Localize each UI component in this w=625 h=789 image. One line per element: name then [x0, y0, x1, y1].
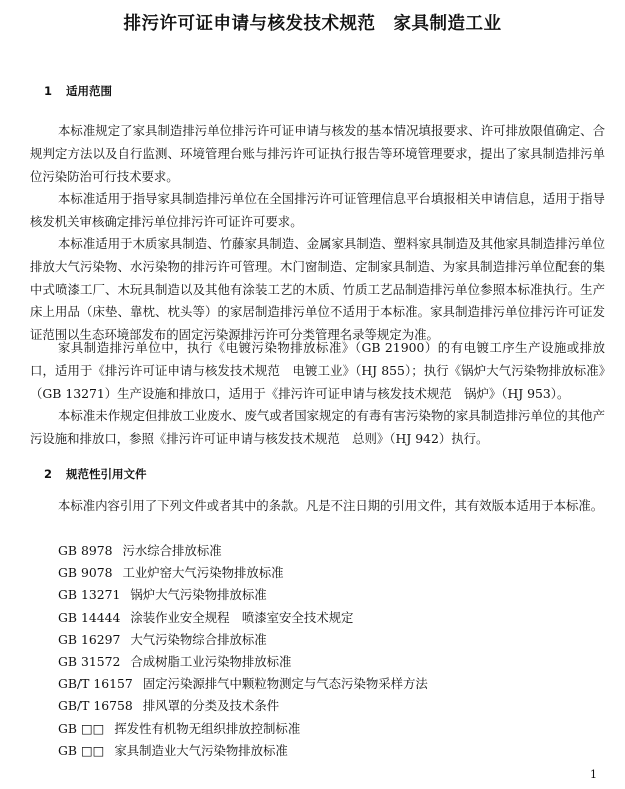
- reference-name: 合成树脂工业污染物排放标准: [130, 654, 291, 669]
- reference-name: 工业炉窑大气污染物排放标准: [122, 565, 283, 580]
- reference-item: GB □□家具制造业大气污染物排放标准: [58, 740, 428, 762]
- section-title: 适用范围: [66, 84, 112, 98]
- reference-item: GB 9078工业炉窑大气污染物排放标准: [58, 562, 428, 584]
- section-number: 1: [44, 84, 66, 98]
- document-title: 排污许可证申请与核发技术规范家具制造工业: [0, 10, 625, 35]
- reference-code: GB 8978: [58, 540, 112, 562]
- reference-code: GB/T 16157: [58, 673, 133, 695]
- reference-code: GB □□: [58, 740, 104, 762]
- reference-code: GB 9078: [58, 562, 112, 584]
- section-title: 规范性引用文件: [66, 467, 147, 481]
- reference-item: GB 14444涂装作业安全规程 喷漆室安全技术规定: [58, 607, 428, 629]
- title-sub: 家具制造工业: [394, 14, 502, 34]
- paragraph: 本标准未作规定但排放工业废水、废气或者国家规定的有毒有害污染物的家具制造排污单位…: [30, 405, 605, 451]
- reference-code: GB 13271: [58, 584, 120, 606]
- reference-code: GB 16297: [58, 629, 120, 651]
- section-heading-references: 2规范性引用文件: [44, 466, 147, 482]
- reference-code: GB □□: [58, 718, 104, 740]
- reference-item: GB 31572合成树脂工业污染物排放标准: [58, 651, 428, 673]
- paragraph: 本标准适用于木质家具制造、竹藤家具制造、金属家具制造、塑料家具制造及其他家具制造…: [30, 233, 605, 347]
- reference-item: GB 13271锅炉大气污染物排放标准: [58, 584, 428, 606]
- reference-name: 固定污染源排气中颗粒物测定与气态污染物采样方法: [143, 676, 428, 691]
- reference-item: GB/T 16157固定污染源排气中颗粒物测定与气态污染物采样方法: [58, 673, 428, 695]
- reference-code: GB/T 16758: [58, 695, 133, 717]
- paragraph: 本标准内容引用了下列文件或者其中的条款。凡是不注日期的引用文件，其有效版本适用于…: [30, 495, 605, 518]
- reference-name: 排风罩的分类及技术条件: [143, 698, 279, 713]
- paragraph: 本标准适用于指导家具制造排污单位在全国排污许可证管理信息平台填报相关申请信息，适…: [30, 188, 605, 234]
- reference-name: 污水综合排放标准: [122, 543, 221, 558]
- title-main: 排污许可证申请与核发技术规范: [124, 14, 376, 34]
- reference-item: GB/T 16758排风罩的分类及技术条件: [58, 695, 428, 717]
- page-number: 1: [590, 768, 597, 781]
- reference-name: 家具制造业大气污染物排放标准: [114, 743, 287, 758]
- reference-item: GB □□挥发性有机物无组织排放控制标准: [58, 718, 428, 740]
- reference-name: 大气污染物综合排放标准: [130, 632, 266, 647]
- reference-name: 锅炉大气污染物排放标准: [130, 587, 266, 602]
- reference-item: GB 16297大气污染物综合排放标准: [58, 629, 428, 651]
- section-number: 2: [44, 467, 66, 481]
- paragraph: 家具制造排污单位中，执行《电镀污染物排放标准》（GB 21900）的有电镀工序生…: [30, 337, 605, 405]
- section-heading-scope: 1适用范围: [44, 83, 112, 99]
- reference-code: GB 14444: [58, 607, 120, 629]
- reference-name: 涂装作业安全规程 喷漆室安全技术规定: [130, 610, 353, 625]
- reference-list: GB 8978污水综合排放标准 GB 9078工业炉窑大气污染物排放标准 GB …: [58, 540, 428, 762]
- paragraph: 本标准规定了家具制造排污单位排污许可证申请与核发的基本情况填报要求、许可排放限值…: [30, 120, 605, 188]
- reference-name: 挥发性有机物无组织排放控制标准: [114, 721, 300, 736]
- reference-code: GB 31572: [58, 651, 120, 673]
- reference-item: GB 8978污水综合排放标准: [58, 540, 428, 562]
